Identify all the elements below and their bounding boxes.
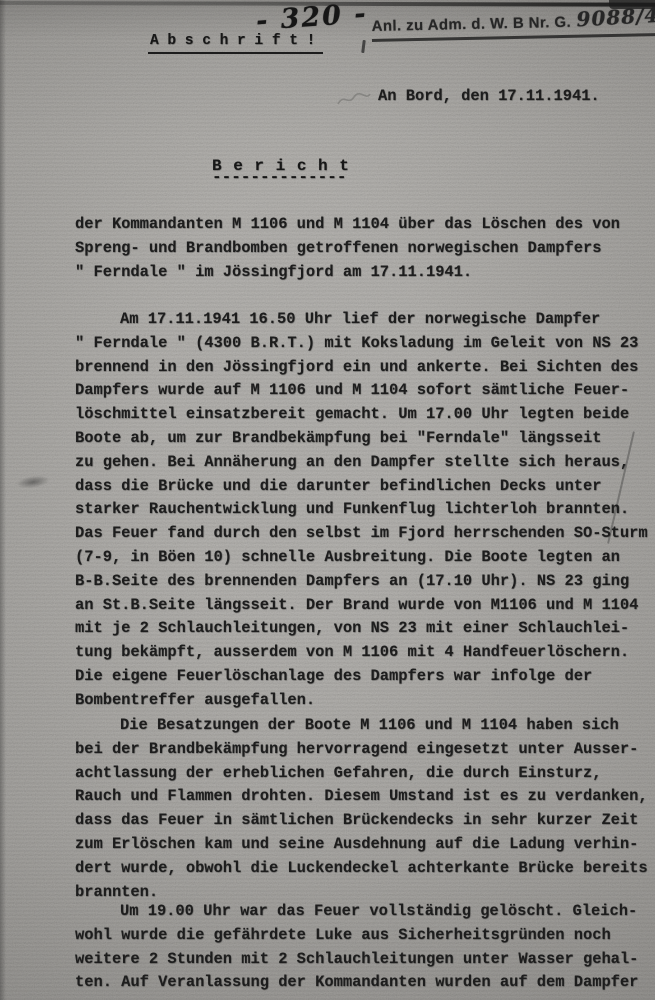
text-line: Rauch und Flammen drohten. Diesem Umstan… [75, 785, 645, 809]
text-line: weitere 2 Stunden mit 2 Schlauchleitunge… [75, 948, 645, 972]
text-line: brennend in den Jössingfjord ein und ank… [75, 356, 645, 380]
paragraph: Um 19.00 Uhr war das Feuer vollständig g… [75, 900, 645, 995]
text-line: Das Feuer fand durch den selbst im Fjord… [75, 522, 645, 546]
text-line: der Kommandanten M 1106 und M 1104 über … [75, 213, 645, 237]
text-line: Spreng- und Brandbomben getroffenen norw… [75, 237, 645, 261]
text-line: Am 17.11.1941 16.50 Uhr lief der norwegi… [75, 308, 645, 332]
text-line: zum Erlöschen kam und seine Ausdehnung a… [75, 833, 645, 857]
document-page: - 320 - Anl. zu Adm. d. W. B Nr. G.9088/… [0, 0, 655, 1000]
text-line: dass das Feuer in sämtlichen Brückendeck… [75, 809, 645, 833]
text-line: an St.B.Seite längsseit. Der Brand wurde… [75, 594, 645, 618]
paragraph: Am 17.11.1941 16.50 Uhr lief der norwegi… [75, 308, 645, 713]
paragraph: Die Besatzungen der Boote M 1106 und M 1… [75, 714, 645, 904]
scan-artifact-smudge [15, 474, 50, 491]
text-line: bei der Brandbekämpfung hervorragend ein… [75, 738, 645, 762]
scan-artifact-left-edge [0, 0, 6, 1000]
text-line: wohl wurde die gefährdete Luke aus Siche… [75, 924, 645, 948]
text-line: B-B.Seite des brennenden Dampfers an (17… [75, 570, 645, 594]
text-line: zu gehen. Bei Annäherung an den Dampfer … [75, 451, 645, 475]
text-line: löschmittel einsatzbereit gemacht. Um 17… [75, 403, 645, 427]
text-line: (7-9, in Böen 10) schnelle Ausbreitung. … [75, 546, 645, 570]
text-line: dert wurde, obwohl die Luckendeckel acht… [75, 857, 645, 881]
text-line: Um 19.00 Uhr war das Feuer vollständig g… [75, 900, 645, 924]
text-line: Die Besatzungen der Boote M 1106 und M 1… [75, 714, 645, 738]
report-body: der Kommandanten M 1106 und M 1104 über … [75, 0, 645, 1000]
text-line: Die eigene Feuerlöschanlage des Dampfers… [75, 665, 645, 689]
text-line: Bombentreffer ausgefallen. [75, 689, 645, 713]
text-line: achtlassung der erheblichen Gefahren, di… [75, 762, 645, 786]
text-line: starker Rauchentwicklung und Funkenflug … [75, 498, 645, 522]
text-line: ten. Auf Veranlassung der Kommandanten w… [75, 971, 645, 995]
text-line: tung bekämpft, ausserdem von M 1106 mit … [75, 641, 645, 665]
text-line: " Ferndale " (4300 B.R.T.) mit Koksladun… [75, 332, 645, 356]
paragraph: der Kommandanten M 1106 und M 1104 über … [75, 213, 645, 284]
text-line: mit je 2 Schlauchleitungen, von NS 23 mi… [75, 617, 645, 641]
text-line: " Ferndale " im Jössingfjord am 17.11.19… [75, 261, 645, 285]
text-line: Boote ab, um zur Brandbekämpfung bei "Fe… [75, 427, 645, 451]
text-line: Dampfers wurde auf M 1106 und M 1104 sof… [75, 379, 645, 403]
text-line: dass die Brücke und die darunter befindl… [75, 475, 645, 499]
